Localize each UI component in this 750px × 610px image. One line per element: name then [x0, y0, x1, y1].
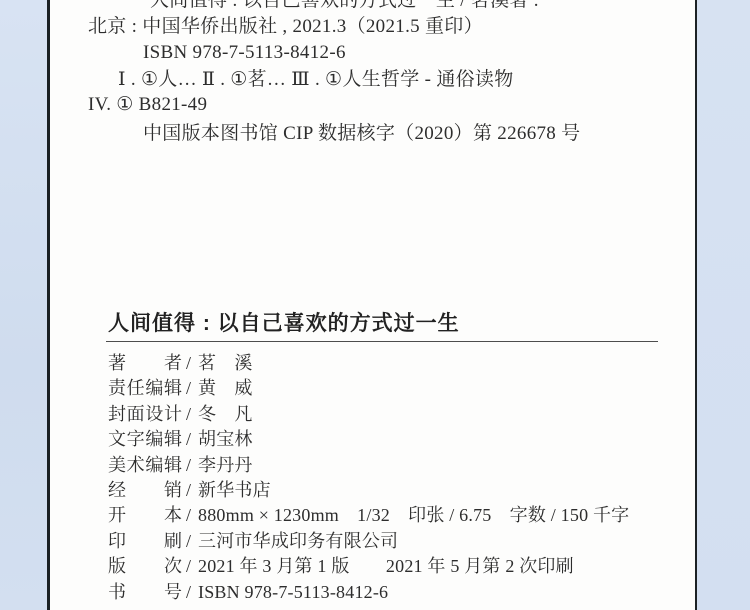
- right-margin-band: [697, 0, 750, 610]
- credit-label: 开本: [108, 501, 182, 527]
- credit-label: 印刷: [108, 527, 182, 553]
- scanned-book-copyright-page: { "colors": { "margin_blue": "#d2def0", …: [0, 0, 750, 610]
- credit-value: 黄 威: [198, 374, 253, 400]
- title-divider-rule: [106, 341, 658, 342]
- credit-value: 李丹丹: [198, 451, 253, 477]
- page-content: 人间值得 : 以自己喜欢的方式过一生 / 茗溪著 . 北京 : 中国华侨出版社 …: [50, 0, 695, 610]
- credit-separator: /: [186, 531, 191, 552]
- cip-classification-line-2: IV. ① B821-49: [88, 93, 207, 117]
- credit-row-editor: 责任编辑/黄 威: [108, 374, 629, 399]
- credit-separator: /: [186, 556, 191, 577]
- credit-label: 书号: [108, 578, 182, 604]
- credit-value: 880mm × 1230mm 1/32 印张 / 6.75 字数 / 150 千…: [198, 501, 629, 527]
- credit-label: 经销: [108, 476, 182, 502]
- credit-separator: /: [186, 353, 191, 374]
- book-page: 人间值得 : 以自己喜欢的方式过一生 / 茗溪著 . 北京 : 中国华侨出版社 …: [47, 0, 697, 610]
- credit-row-art-editor: 美术编辑/李丹丹: [108, 451, 629, 476]
- credit-separator: /: [186, 480, 191, 501]
- credit-row-text-editor: 文字编辑/胡宝林: [108, 425, 629, 450]
- cip-isbn-line: ISBN 978-7-5113-8412-6: [143, 41, 346, 65]
- cip-title-line: 人间值得 : 以自己喜欢的方式过一生 / 茗溪著 .: [150, 0, 539, 13]
- credit-value: 2021 年 3 月第 1 版 2021 年 5 月第 2 次印刷: [198, 552, 574, 578]
- credit-label: 封面设计: [108, 400, 182, 426]
- credit-value: 三河市华成印务有限公司: [198, 527, 398, 553]
- cip-registry-line: 中国版本图书馆 CIP 数据核字（2020）第 226678 号: [143, 122, 580, 146]
- credit-row-printer: 印刷/三河市华成印务有限公司: [108, 527, 629, 552]
- credit-value: 茗 溪: [198, 349, 253, 375]
- credit-separator: /: [186, 582, 191, 603]
- credit-value: 胡宝林: [198, 425, 253, 451]
- credit-value: ISBN 978-7-5113-8412-6: [198, 582, 388, 603]
- credit-row-edition: 版次/2021 年 3 月第 1 版 2021 年 5 月第 2 次印刷: [108, 552, 629, 577]
- credit-separator: /: [186, 429, 191, 450]
- left-margin-band: [0, 0, 47, 610]
- credit-separator: /: [186, 404, 191, 425]
- credit-separator: /: [186, 505, 191, 526]
- credit-value: 冬 凡: [198, 400, 253, 426]
- credit-separator: /: [186, 455, 191, 476]
- cip-publisher-line: 北京 : 中国华侨出版社 , 2021.3（2021.5 重印）: [88, 15, 483, 39]
- credit-row-cover-design: 封面设计/冬 凡: [108, 400, 629, 425]
- credit-row-author: 著者/茗 溪: [108, 349, 629, 374]
- cip-classification-line-1: Ⅰ . ①人… Ⅱ . ①茗… Ⅲ . ①人生哲学 - 通俗读物: [118, 68, 514, 92]
- credit-label: 责任编辑: [108, 374, 182, 400]
- credit-label: 文字编辑: [108, 425, 182, 451]
- credit-label: 版次: [108, 552, 182, 578]
- credit-row-distributor: 经销/新华书店: [108, 476, 629, 501]
- credit-label: 著者: [108, 349, 182, 375]
- credits-list: 著者/茗 溪 责任编辑/黄 威 封面设计/冬 凡 文字编辑/胡宝林 美术编辑/李…: [108, 349, 629, 603]
- credit-label: 美术编辑: [108, 451, 182, 477]
- credit-separator: /: [186, 378, 191, 399]
- credit-value: 新华书店: [198, 476, 271, 502]
- credit-row-format: 开本/880mm × 1230mm 1/32 印张 / 6.75 字数 / 15…: [108, 501, 629, 526]
- credit-row-book-number: 书号/ISBN 978-7-5113-8412-6: [108, 578, 629, 603]
- book-title: 人间值得 : 以自己喜欢的方式过一生: [108, 311, 460, 337]
